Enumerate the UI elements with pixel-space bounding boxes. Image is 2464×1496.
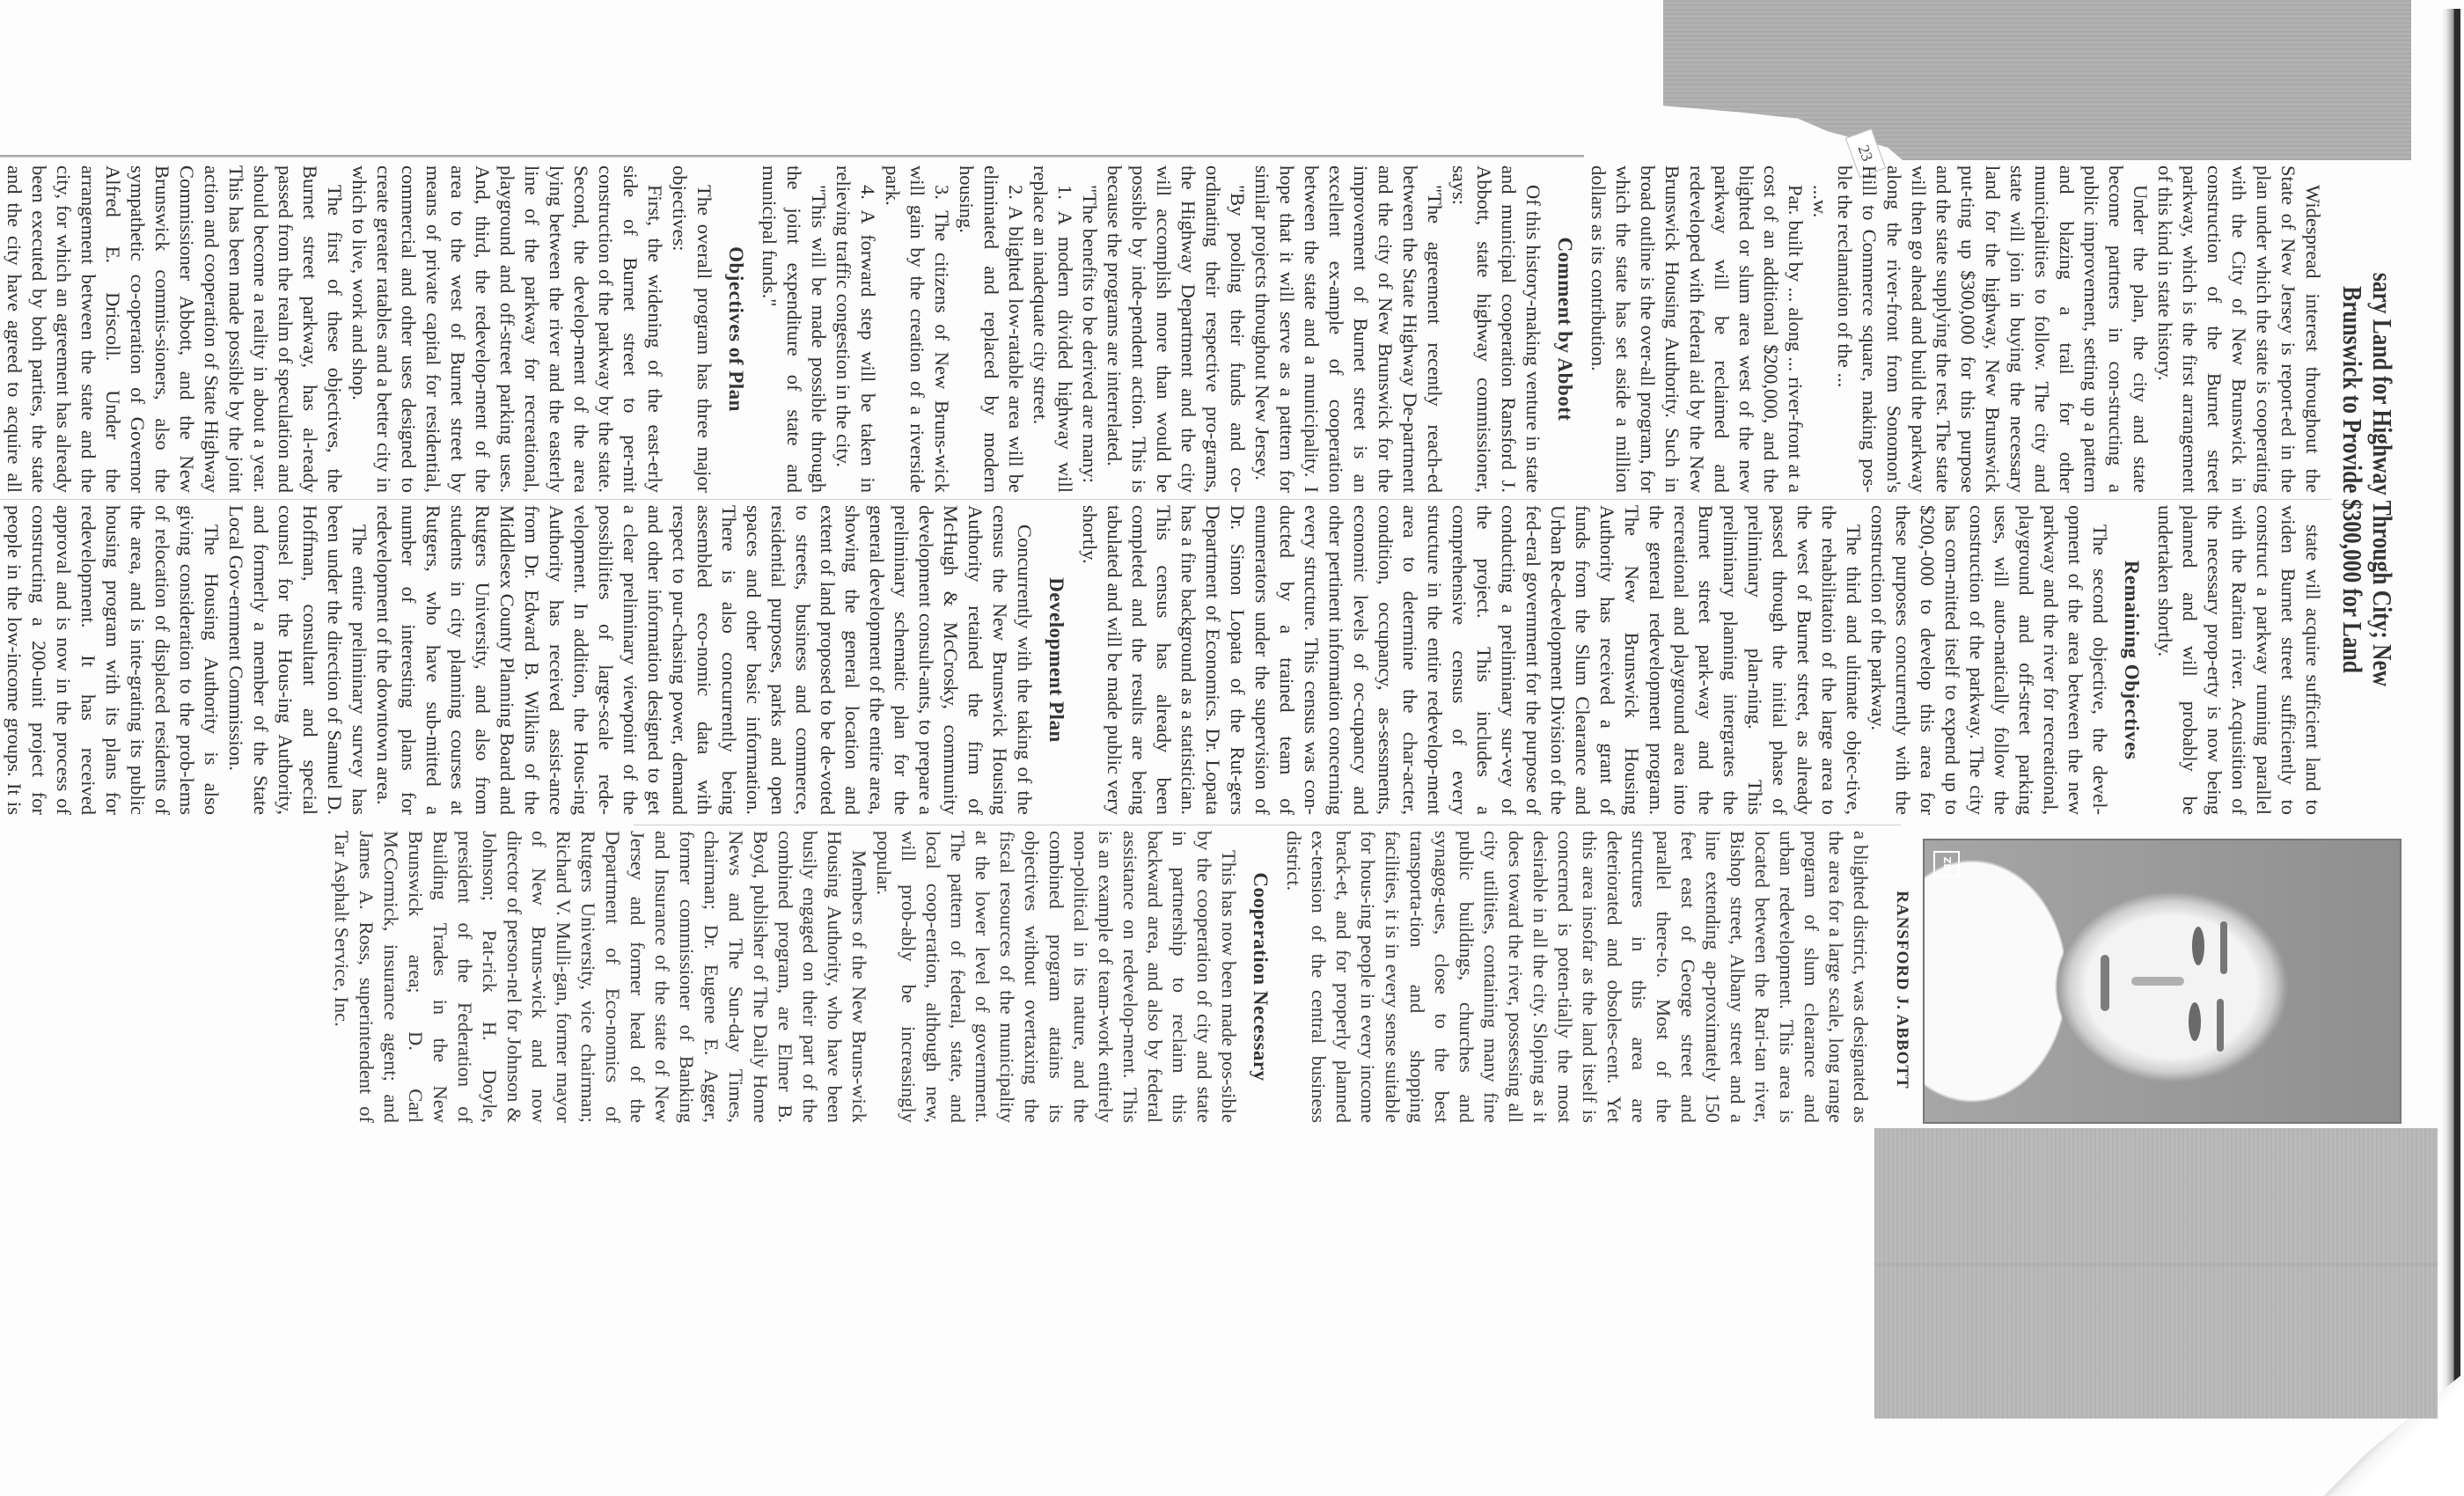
article-paragraph: "The benefits to be derived are many: [1077, 165, 1102, 493]
article-paragraph: Par. built by ... along ... river-front … [1586, 165, 1808, 493]
photo-brow-left [2220, 921, 2227, 974]
article-paragraph: The second objective, the devel-opment o… [1866, 505, 2112, 815]
article-paragraph: state will acquire sufficient land to wi… [2152, 505, 2325, 815]
article-paragraph: "The agreement recently reach-ed between… [1250, 165, 1447, 493]
article-paragraph: ...w. [1808, 165, 1832, 493]
article-paragraph: 4. A forward step will be taken in relie… [831, 165, 880, 493]
section-heading: Remaining Objectives [2119, 505, 2144, 815]
article-paragraph: The entire preliminary survey has been u… [224, 505, 371, 815]
portrait-photo: ZD [1923, 839, 2402, 1124]
article-paragraph: Concurrently with the taking of the cens… [371, 505, 1037, 815]
photo-mouth [2101, 955, 2109, 1011]
article-column-c: a blighted district, was designated as t… [329, 831, 1873, 1123]
article-paragraph: This has now been made pos-sible by the … [871, 831, 1241, 1123]
column-divider [0, 499, 2332, 500]
scan-edge-border [2441, 9, 2460, 1487]
article-paragraph: "By pooling their funds and co-ordinatin… [1102, 165, 1250, 493]
tape-strip-top [1663, 0, 2411, 160]
article-paragraph: Widespread interest throughout the State… [2152, 165, 2325, 493]
photo-nose [2131, 977, 2184, 986]
tape-strip-bottom [1874, 1128, 2438, 1419]
article-paragraph: First, the widening of the east-erly sid… [347, 165, 667, 493]
photo-brow-right [2217, 999, 2224, 1052]
article-paragraph: 2. A blighted low-ratable area will be e… [954, 165, 1028, 493]
article-paragraph: The third and ultimate objec-tive, the r… [1077, 505, 1866, 815]
article-column-b: state will acquire sufficient land to wi… [0, 505, 2325, 815]
column-rule [0, 155, 1584, 158]
article-paragraph: a blighted district, was designated as t… [1281, 831, 1873, 1123]
photo-caption: RANSFORD J. ABBOTT [1892, 871, 1911, 1109]
section-heading: Objectives of Plan [723, 165, 748, 493]
article-paragraph: The first of these objectives, the Burne… [0, 165, 347, 493]
photo-eye-right [2189, 1002, 2201, 1041]
article-paragraph: 3. The citizens of New Bruns-wick will g… [880, 165, 954, 493]
article-paragraph: "This will be made possible through the … [757, 165, 831, 493]
headline-line-1: sary Land for Highway Through City; New [2367, 241, 2397, 717]
section-heading: Comment by Abbott [1552, 165, 1577, 493]
headline-line-2: Brunswick to Provide $300,000 for Land [2337, 241, 2367, 717]
column-divider [634, 825, 1901, 825]
section-heading: Cooperation Necessary [1248, 831, 1272, 1123]
article-paragraph: Of this history-making venture in state … [1447, 165, 1545, 493]
photo-eye-left [2192, 927, 2204, 965]
headline: sary Land for Highway Through City; New … [2337, 241, 2397, 717]
photo-credit-icon: ZD [1933, 851, 1960, 877]
article-paragraph: The overall program has three major obje… [667, 165, 716, 493]
newspaper-clipping-page: 23 sary Land for Highway Through City; N… [0, 0, 2464, 1496]
article-paragraph: Members of the New Bruns-wick Housing Au… [329, 831, 871, 1123]
section-heading: Development Plan [1044, 505, 1068, 815]
article-paragraph: Under the plan, the city and state becom… [1832, 165, 2152, 493]
article-column-a: Widespread interest throughout the State… [0, 165, 2325, 493]
article-paragraph: 1. A modern divided highway will replace… [1028, 165, 1077, 493]
article-paragraph: The Housing Authority is also giving con… [0, 505, 224, 815]
